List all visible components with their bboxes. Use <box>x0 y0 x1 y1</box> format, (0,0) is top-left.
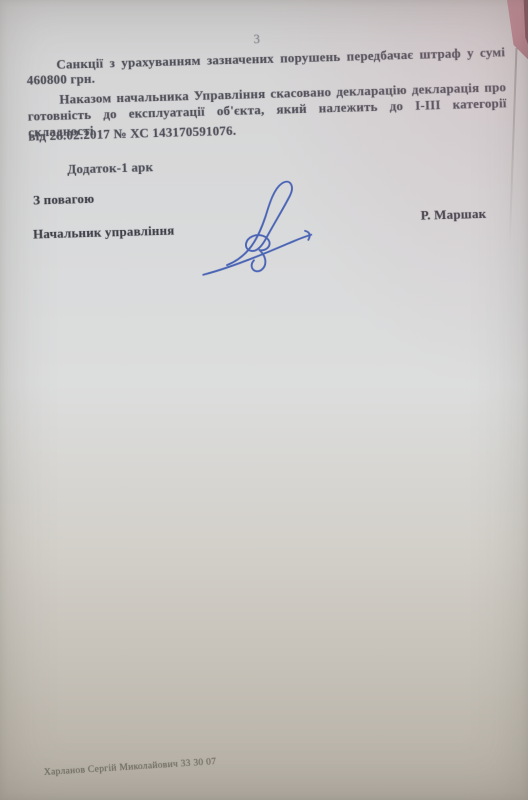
paragraph-line: 460800 грн. <box>27 71 96 89</box>
document-text-layer: 3 Санкції з урахуванням зазначених поруш… <box>0 0 528 800</box>
closing-salutation: З повагою <box>33 191 95 209</box>
page-number: 3 <box>246 32 268 48</box>
attachment-note: Додаток-1 арк <box>67 159 153 177</box>
paragraph-line: Санкції з урахуванням зазначених порушен… <box>56 44 505 73</box>
handwritten-signature-icon <box>195 174 328 278</box>
signer-title: Начальник управління <box>33 223 175 243</box>
scanned-document-photo: 3 Санкції з урахуванням зазначених поруш… <box>0 0 528 800</box>
signer-name: Р. Маршак <box>421 206 487 224</box>
